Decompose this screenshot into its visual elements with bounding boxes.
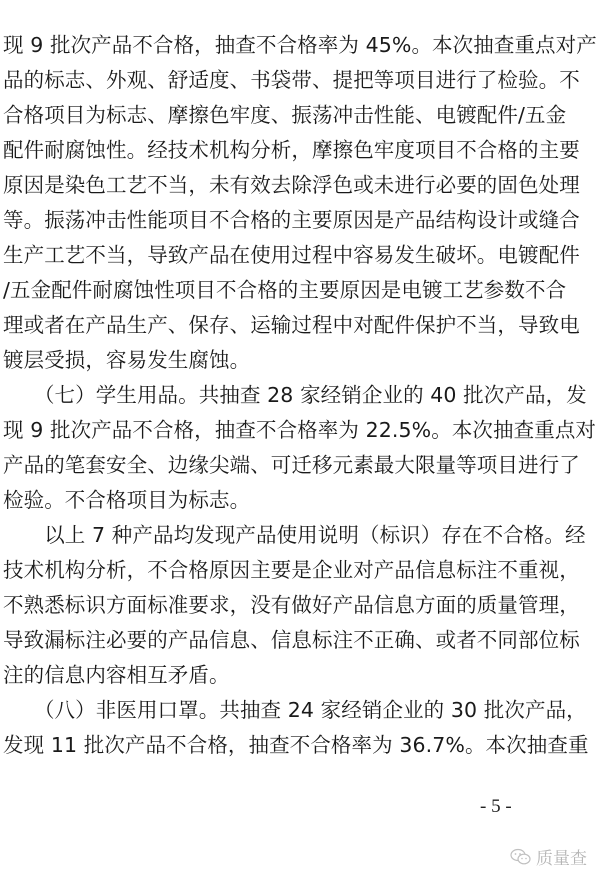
- text-line: 不熟悉标识方面标准要求，没有做好产品信息方面的质量管理，: [3, 588, 595, 623]
- section-heading-line: （八）非医用口罩。共抽查 24 家经销企业的 30 批次产品，: [3, 693, 595, 728]
- text-line: 产品的笔套安全、边缘尖端、可迁移元素最大限量等项目进行了: [3, 448, 595, 483]
- page-number: - 5 -: [480, 796, 512, 818]
- wechat-icon: [510, 848, 532, 866]
- text-line: 导致漏标注必要的产品信息、信息标注不正确、或者不同部位标: [3, 623, 595, 658]
- text-line: 品的标志、外观、舒适度、书袋带、提把等项目进行了检验。不: [3, 63, 595, 98]
- text-line: 合格项目为标志、摩擦色牢度、振荡冲击性能、电镀配件/五金: [3, 98, 595, 133]
- text-line: 发现 11 批次产品不合格，抽查不合格率为 36.7%。本次抽查重: [3, 728, 595, 763]
- watermark: 质量查: [510, 844, 587, 869]
- text-line: 等。振荡冲击性能项目不合格的主要原因是产品结构设计或缝合: [3, 203, 595, 238]
- text-line: 技术机构分析，不合格原因主要是企业对产品信息标注不重视，: [3, 553, 595, 588]
- watermark-text: 质量查: [536, 844, 587, 869]
- section-heading-line: （七）学生用品。共抽查 28 家经销企业的 40 批次产品，发: [3, 378, 595, 413]
- text-line: 现 9 批次产品不合格，抽查不合格率为 45%。本次抽查重点对产: [3, 28, 595, 63]
- text-line: 现 9 批次产品不合格，抽查不合格率为 22.5%。本次抽查重点对: [3, 413, 595, 448]
- text-line: 注的信息内容相互矛盾。: [3, 658, 595, 693]
- text-line: 检验。不合格项目为标志。: [3, 483, 595, 518]
- text-line: 生产工艺不当，导致产品在使用过程中容易发生破坏。电镀配件: [3, 238, 595, 273]
- paragraph-start-line: 以上 7 种产品均发现产品使用说明（标识）存在不合格。经: [3, 518, 595, 553]
- text-line: 原因是染色工艺不当，未有效去除浮色或未进行必要的固色处理: [3, 168, 595, 203]
- document-page: 现 9 批次产品不合格，抽查不合格率为 45%。本次抽查重点对产 品的标志、外观…: [3, 28, 595, 763]
- text-line: 镀层受损，容易发生腐蚀。: [3, 343, 595, 378]
- text-line: /五金配件耐腐蚀性项目不合格的主要原因是电镀工艺参数不合: [3, 273, 595, 308]
- text-line: 配件耐腐蚀性。经技术机构分析，摩擦色牢度项目不合格的主要: [3, 133, 595, 168]
- text-line: 理或者在产品生产、保存、运输过程中对配件保护不当，导致电: [3, 308, 595, 343]
